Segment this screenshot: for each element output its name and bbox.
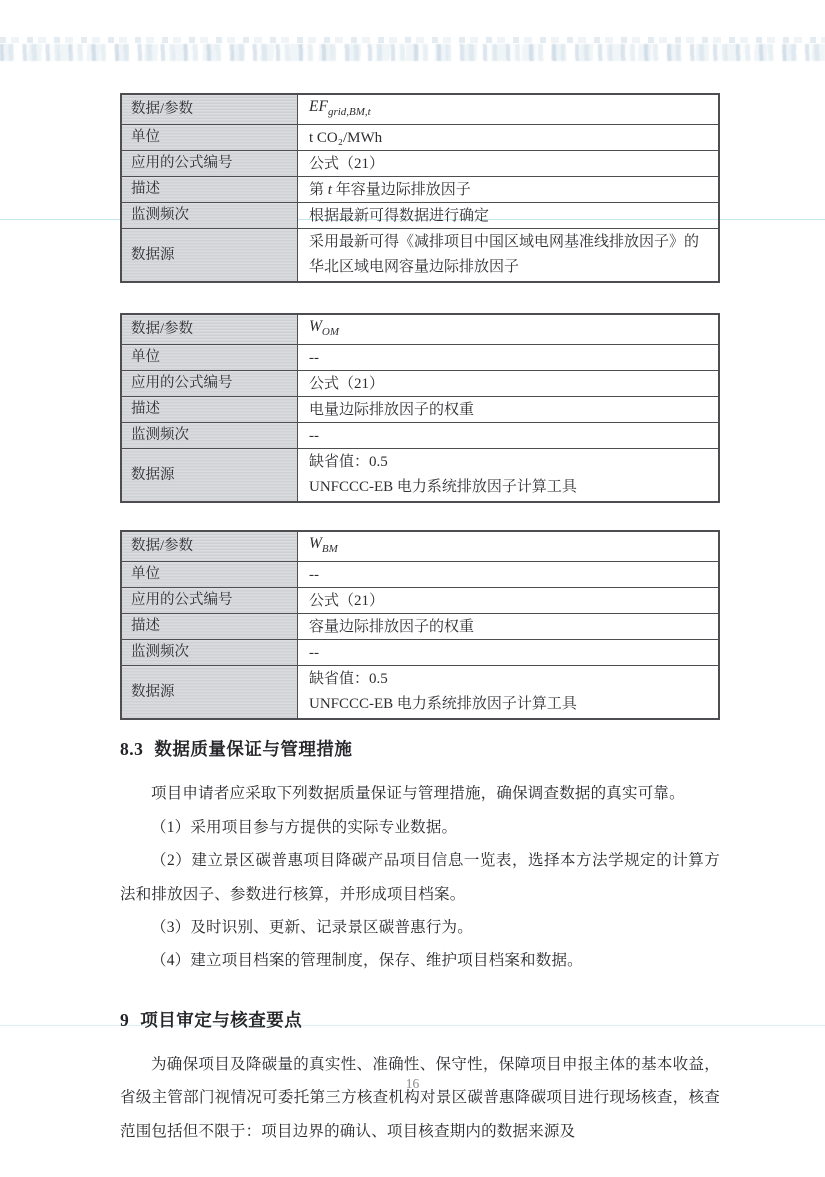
formula-no-value: 公式（21） [298,151,720,177]
section-title: 项目审定与核查要点 [140,1010,302,1030]
section-title: 数据质量保证与管理措施 [154,739,352,759]
page-number: 16 [0,1076,825,1092]
row-label-frequency: 监测频次 [121,640,298,666]
formula-symbol: WOM [309,318,339,335]
table-row: 数据/参数 EFgrid,BM,t [121,94,719,125]
unit-value: -- [298,345,720,371]
table-row: 数据源 采用最新可得《减排项目中国区域电网基准线排放因子》的华北区域电网容量边际… [121,229,719,283]
table-row: 数据/参数 WOM [121,314,719,345]
unit-value: -- [298,562,720,588]
row-label-formula-no: 应用的公式编号 [121,151,298,177]
parameter-table-w-om: 数据/参数 WOM 单位 -- 应用的公式编号 公式（21） 描述 电量边际排放… [120,313,720,503]
row-label-unit: 单位 [121,125,298,151]
source-value: 采用最新可得《减排项目中国区域电网基准线排放因子》的华北区域电网容量边际排放因子 [298,229,720,283]
row-label-formula-no: 应用的公式编号 [121,588,298,614]
table-row: 单位 t CO₂/MWh [121,125,719,151]
row-label-parameter: 数据/参数 [121,94,298,125]
row-label-unit: 单位 [121,562,298,588]
section-heading-8-3: 8.3数据质量保证与管理措施 [120,735,720,763]
list-item-2: （2）建立景区碳普惠项目降碳产品项目信息一览表，选择本方法学规定的计算方法和排放… [120,844,720,911]
page-content: 数据/参数 EFgrid,BM,t 单位 t CO₂/MWh 应用的公式编号 公… [120,93,720,1148]
unit-value: t CO₂/MWh [298,125,720,151]
source-line: UNFCCC-EB 电力系统排放因子计算工具 [309,475,710,500]
row-label-formula-no: 应用的公式编号 [121,371,298,397]
frequency-value: 根据最新可得数据进行确定 [298,203,720,229]
table-row: 描述 第 t 年容量边际排放因子 [121,177,719,203]
row-label-description: 描述 [121,177,298,203]
row-label-parameter: 数据/参数 [121,531,298,562]
table-row: 监测频次 -- [121,640,719,666]
paragraph-body: 为确保项目及降碳量的真实性、准确性、保守性，保障项目申报主体的基本收益，省级主管… [120,1048,720,1148]
row-label-source: 数据源 [121,666,298,720]
table-row: 描述 电量边际排放因子的权重 [121,397,719,423]
source-value: 缺省值：0.5 UNFCCC-EB 电力系统排放因子计算工具 [298,449,720,503]
row-label-unit: 单位 [121,345,298,371]
table-row: 监测频次 根据最新可得数据进行确定 [121,203,719,229]
row-label-source: 数据源 [121,449,298,503]
table-row: 单位 -- [121,345,719,371]
description-value: 电量边际排放因子的权重 [298,397,720,423]
row-label-frequency: 监测频次 [121,203,298,229]
row-label-frequency: 监测频次 [121,423,298,449]
paragraph-intro: 项目申请者应采取下列数据质量保证与管理措施，确保调查数据的真实可靠。 [120,777,720,810]
section-heading-9: 9项目审定与核查要点 [120,1006,720,1034]
table-row: 应用的公式编号 公式（21） [121,588,719,614]
parameter-table-ef-grid: 数据/参数 EFgrid,BM,t 单位 t CO₂/MWh 应用的公式编号 公… [120,93,720,283]
scan-noise-artifact-band [0,44,825,61]
row-label-description: 描述 [121,614,298,640]
list-item-3: （3）及时识别、更新、记录景区碳普惠行为。 [120,911,720,944]
table-row: 数据源 缺省值：0.5 UNFCCC-EB 电力系统排放因子计算工具 [121,666,719,720]
table-row: 数据/参数 WBM [121,531,719,562]
table-row: 应用的公式编号 公式（21） [121,151,719,177]
description-value: 容量边际排放因子的权重 [298,614,720,640]
list-item-4: （4）建立项目档案的管理制度，保存、维护项目档案和数据。 [120,944,720,977]
document-page: 数据/参数 EFgrid,BM,t 单位 t CO₂/MWh 应用的公式编号 公… [0,0,825,1177]
table-row: 应用的公式编号 公式（21） [121,371,719,397]
source-line: 缺省值：0.5 [309,450,710,475]
table-row: 监测频次 -- [121,423,719,449]
source-line: UNFCCC-EB 电力系统排放因子计算工具 [309,692,710,717]
table-row: 数据源 缺省值：0.5 UNFCCC-EB 电力系统排放因子计算工具 [121,449,719,503]
row-label-parameter: 数据/参数 [121,314,298,345]
formula-no-value: 公式（21） [298,371,720,397]
section-number: 9 [120,1010,129,1030]
list-item-1: （1）采用项目参与方提供的实际专业数据。 [120,811,720,844]
row-label-description: 描述 [121,397,298,423]
description-value: 第 t 年容量边际排放因子 [298,177,720,203]
scan-noise-artifact-top [0,37,825,43]
formula-no-value: 公式（21） [298,588,720,614]
table-row: 描述 容量边际排放因子的权重 [121,614,719,640]
table-row: 单位 -- [121,562,719,588]
source-line: 缺省值：0.5 [309,667,710,692]
parameter-value: WOM [298,314,720,345]
formula-symbol: WBM [309,535,338,552]
frequency-value: -- [298,640,720,666]
source-value: 缺省值：0.5 UNFCCC-EB 电力系统排放因子计算工具 [298,666,720,720]
parameter-value: WBM [298,531,720,562]
row-label-source: 数据源 [121,229,298,283]
parameter-value: EFgrid,BM,t [298,94,720,125]
frequency-value: -- [298,423,720,449]
formula-symbol: EFgrid,BM,t [309,98,371,115]
parameter-table-w-bm: 数据/参数 WBM 单位 -- 应用的公式编号 公式（21） 描述 容量边际排放… [120,530,720,720]
section-number: 8.3 [120,739,143,759]
